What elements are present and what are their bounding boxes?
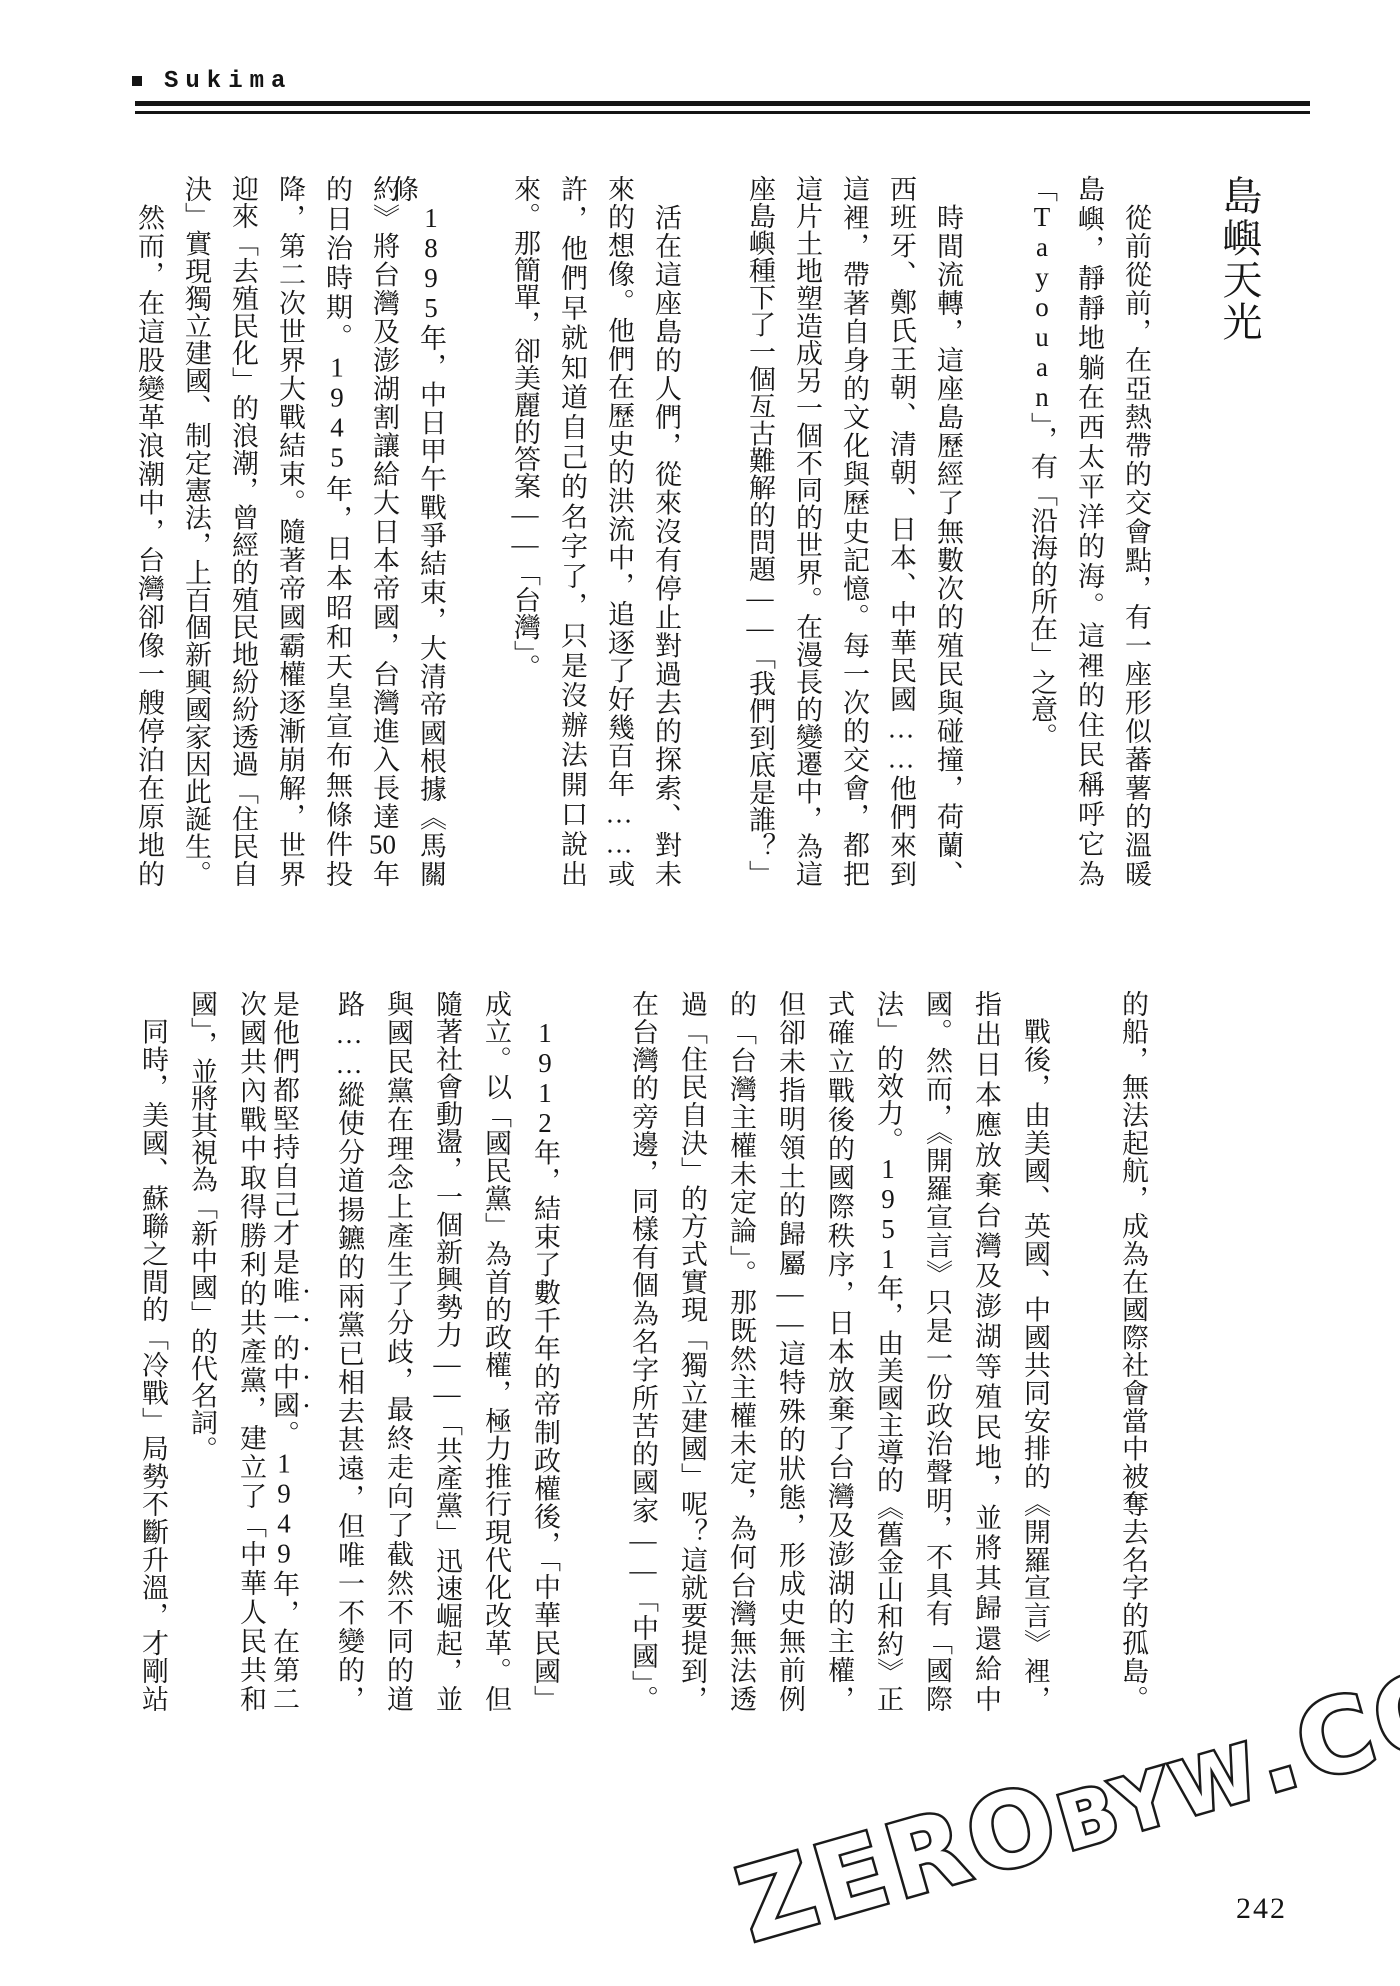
header-rule-thick (135, 101, 1310, 106)
text-column: 決」實現獨立建國、制定憲法，上百個新興國家因此誕生。 (182, 175, 210, 887)
text-column: 法」的效力。1951年，由美國主導的《舊金山和約》正 (874, 990, 902, 1712)
text-column: 來。那簡單，卻美麗的答案——「台灣」。 (511, 175, 539, 887)
text-column: 成立。以「國民黨」為首的政權，極力推行現代化改革。但 (482, 990, 510, 1712)
text-column: 的船，無法起航，成為在國際社會當中被奪去名字的孤島。 (1119, 990, 1147, 1712)
column-gap (699, 175, 727, 887)
text-column: 西班牙、鄭氏王朝、清朝、日本、中華民國……他們來到 (887, 175, 915, 887)
article-title: 島嶼天光 (1208, 175, 1270, 887)
square-bullet-icon (132, 76, 142, 86)
watermark-segment: .COM (1241, 1615, 1400, 1818)
text-column: 然而，在這股變革浪潮中，台灣卻像一艘停泊在原地的 (135, 175, 163, 887)
text-column: 來的想像。他們在歷史的洪流中，追逐了好幾百年……或 (605, 175, 633, 887)
text-column: 從前從前，在亞熱帶的交會點，有一座形似蕃薯的溫暖 (1122, 175, 1150, 887)
text-column: 「Tayouan」，有「沿海的所在」之意。 (1028, 175, 1056, 887)
book-page: Sukima 島嶼天光 從前從前，在亞熱帶的交會點，有一座形似蕃薯的溫暖島嶼，靜… (0, 0, 1400, 1986)
text-column: 1895年，中日甲午戰爭結束，大清帝國根據《馬關條 (417, 175, 445, 887)
text-column: 同時，美國、蘇聯之間的「冷戰」局勢不斷升溫，才剛站 (139, 990, 167, 1712)
text-column: 時間流轉，這座島歷經了無數次的殖民與碰撞，荷蘭、 (934, 175, 962, 887)
text-column: 約》將台灣及澎湖割讓給大日本帝國，台灣進入長達50年 (370, 175, 398, 887)
text-column: 次國共內戰中取得勝利的共產黨，建立了「中華人民共和 (237, 990, 265, 1712)
text-column: 但卻未指明領土的歸屬——這特殊的狀態，形成史無前例 (776, 990, 804, 1712)
text-column: 這裡，帶著自身的文化與歷史記憶。每一次的交會，都把 (840, 175, 868, 887)
text-column: 降，第二次世界大戰結束。隨著帝國霸權逐漸崩解，世界 (276, 175, 304, 887)
text-column: 座島嶼種下了一個亙古難解的問題——「我們到底是誰？」 (746, 175, 774, 887)
column-gap (464, 175, 492, 887)
text-column: 與國民黨在理念上產生了分歧，最終走向了截然不同的道 (384, 990, 412, 1712)
header-brand: Sukima (132, 68, 292, 94)
text-column: 隨著社會動盪，一個新興勢力——「共產黨」迅速崛起，並 (433, 990, 461, 1712)
header-rule-thin (135, 111, 1310, 114)
column-gap (981, 175, 1009, 887)
text-block-bottom: 的船，無法起航，成為在國際社會當中被奪去名字的孤島。 戰後，由美國、英國、中國共… (118, 990, 1147, 1712)
page-number: 242 (1236, 1892, 1287, 1926)
text-column: 在台灣的旁邊，同樣有個為名字所苦的國家——「中國」。 (629, 990, 657, 1712)
text-column: 式確立戰後的國際秩序，日本放棄了台灣及澎湖的主權， (825, 990, 853, 1712)
text-column: 的「台灣主權未定論」。那既然主權未定，為何台灣無法透 (727, 990, 755, 1712)
text-column: 島嶼，靜靜地躺在西太平洋的海。這裡的住民稱呼它為 (1075, 175, 1103, 887)
text-column: 過「住民自決」的方式實現「獨立建國」呢？這就要提到， (678, 990, 706, 1712)
text-column: 迎來「去殖民化」的浪潮，曾經的殖民地紛紛透過「住民自 (229, 175, 257, 887)
text-column: 路……縱使分道揚鑣的兩黨已相去甚遠，但唯一不變的， (335, 990, 363, 1712)
column-gap (580, 990, 608, 1712)
text-column: 國。然而，《開羅宣言》只是一份政治聲明，不具有「國際 (923, 990, 951, 1712)
text-column: 1912年，結束了數千年的帝制政權後，「中華民國」 (531, 990, 559, 1712)
text-column: 活在這座島的人們，從來沒有停止對過去的探索、對未 (652, 175, 680, 887)
watermark-segment: BYW (1048, 1726, 1272, 1869)
text-column: 這片土地塑造成另一個不同的世界。在漫長的變遷中，為這 (793, 175, 821, 887)
text-column: 國」，並將其視為「新中國」的代名詞。 (188, 990, 216, 1712)
text-column: 是他們都堅持自己才是唯一的中國。1949年，在第二 (286, 990, 314, 1712)
text-column: 許，他們早就知道自己的名字了，只是沒辦法開口說出 (558, 175, 586, 887)
magazine-name: Sukima (164, 68, 292, 95)
text-column: 戰後，由美國、英國、中國共同安排的《開羅宣言》裡， (1021, 990, 1049, 1712)
text-column: 指出日本應放棄台灣及澎湖等殖民地，並將其歸還給中 (972, 990, 1000, 1712)
column-gap (1070, 990, 1098, 1712)
text-block-top: 島嶼天光 從前從前，在亞熱帶的交會點，有一座形似蕃薯的溫暖島嶼，靜靜地躺在西太平… (116, 175, 1270, 887)
text-column: 的日治時期。1945年，日本昭和天皇宣布無條件投 (323, 175, 351, 887)
watermark-segment: ZERO (725, 1761, 1074, 1966)
